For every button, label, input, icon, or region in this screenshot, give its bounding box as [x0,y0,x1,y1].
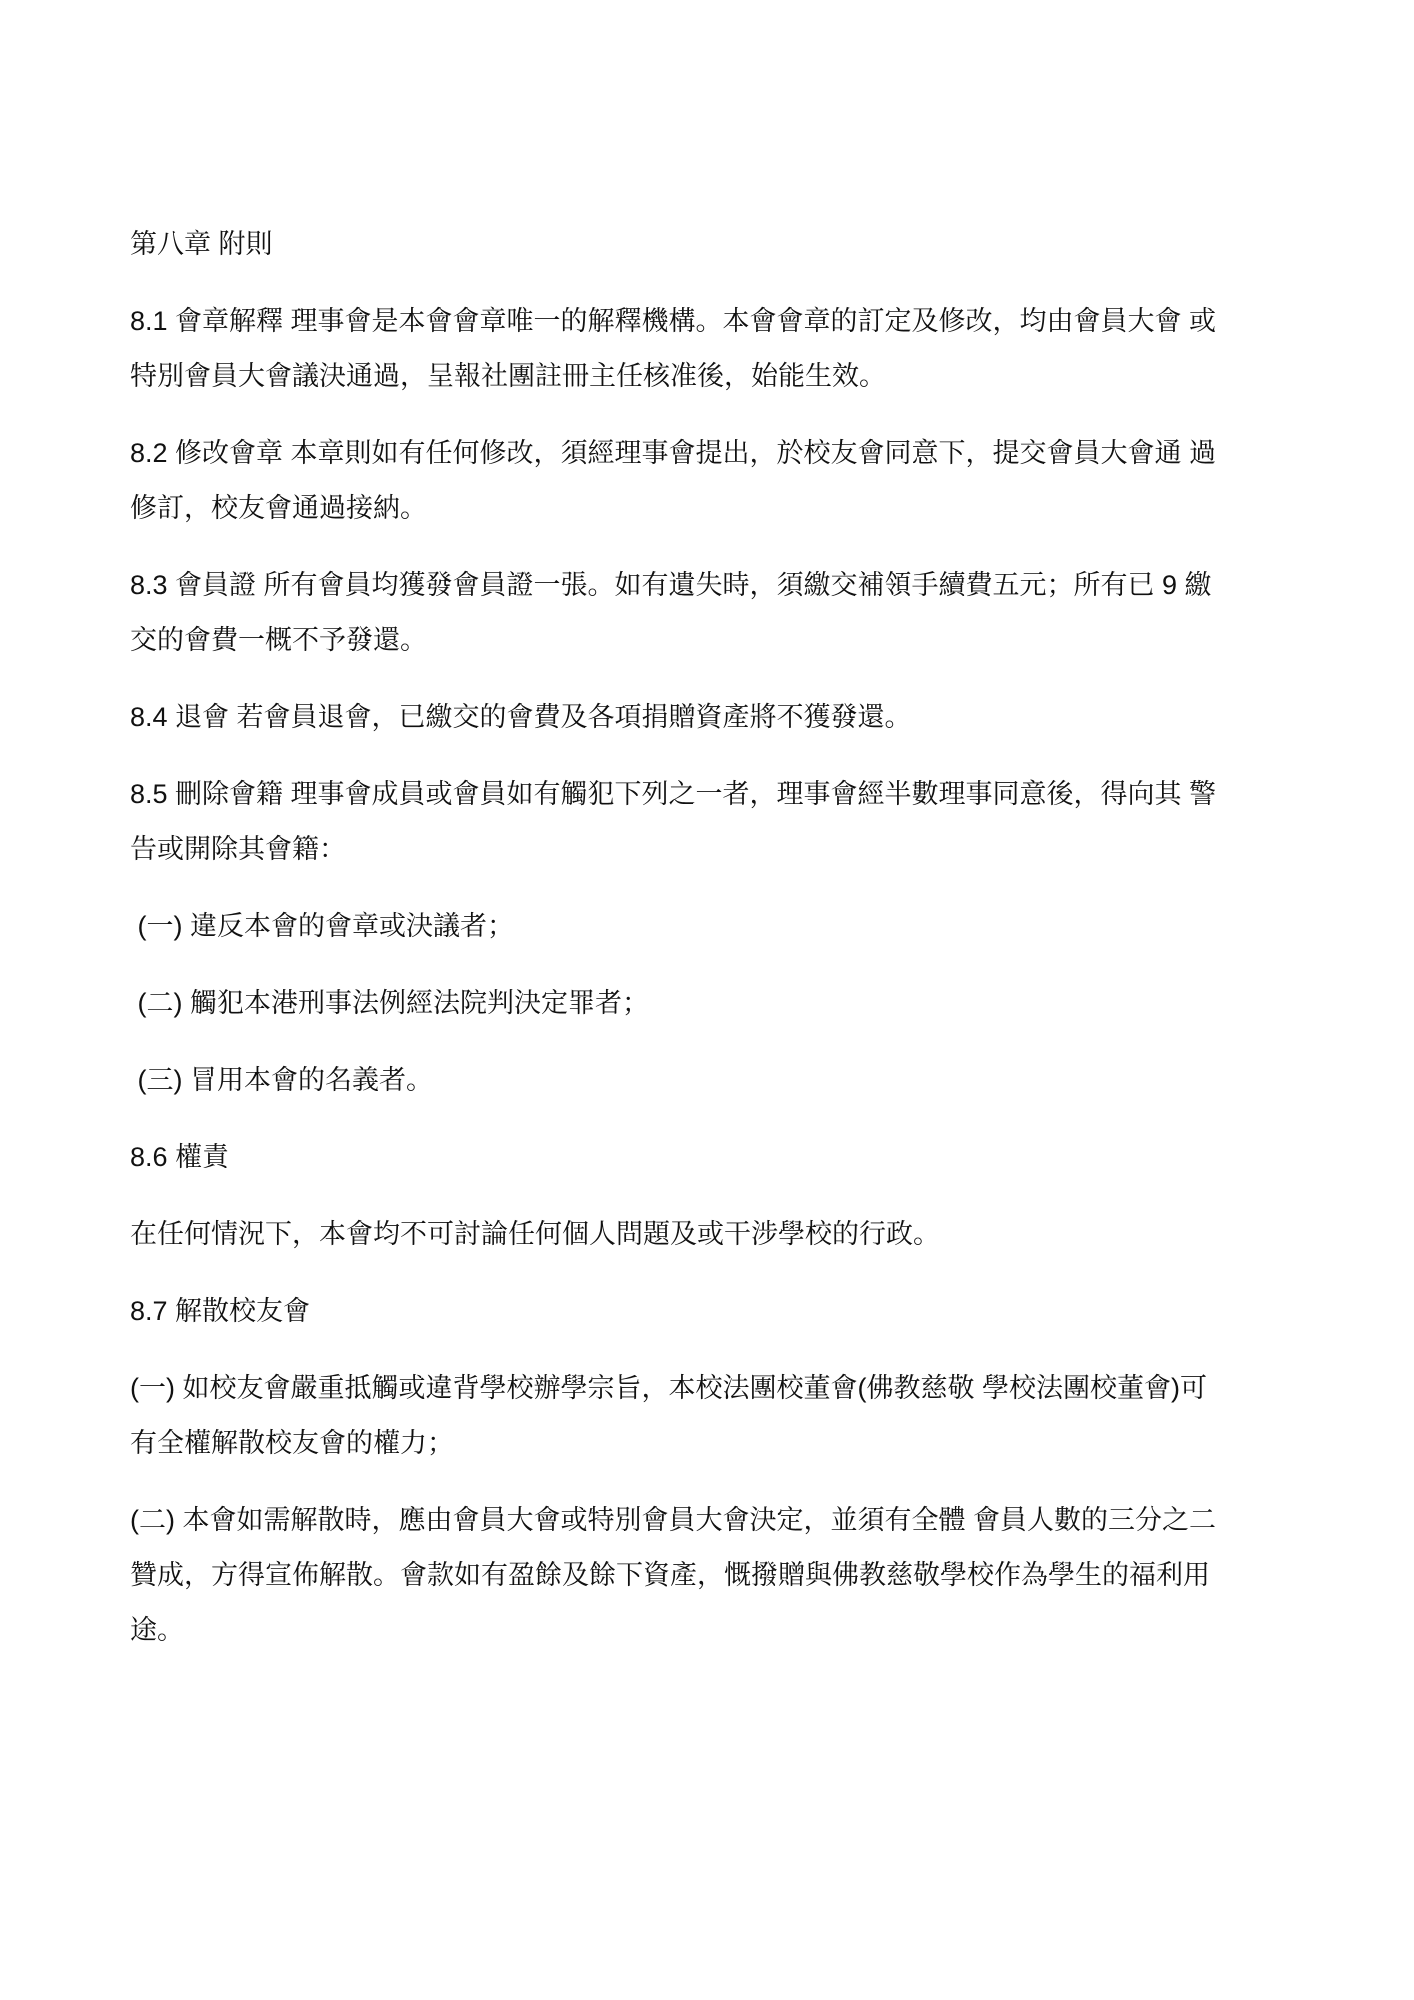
chapter-heading: 第八章 附則 [130,217,1314,272]
document-page: 第八章 附則 8.1 會章解釋 理事會是本會會章唯一的解釋機構。本會會章的訂定及… [0,0,1414,2000]
list-item-8-5-3: (三) 冒用本會的名義者。 [130,1053,1314,1108]
section-heading-8-7: 8.7 解散校友會 [130,1284,1314,1339]
list-item-8-5-2: (二) 觸犯本港刑事法例經法院判決定罪者； [130,976,1314,1031]
paragraph-8-2: 8.2 修改會章 本章則如有任何修改，須經理事會提出，於校友會同意下，提交會員大… [130,426,1314,536]
section-heading-8-6: 8.6 權責 [130,1130,1314,1185]
paragraph-8-3: 8.3 會員證 所有會員均獲發會員證一張。如有遺失時，須繳交補領手續費五元；所有… [130,558,1314,668]
paragraph-8-4: 8.4 退會 若會員退會，已繳交的會費及各項捐贈資產將不獲發還。 [130,690,1314,745]
list-item-8-7-1: (一) 如校友會嚴重抵觸或違背學校辦學宗旨，本校法團校董會(佛教慈敬 學校法團校… [130,1361,1314,1471]
list-item-8-7-2: (二) 本會如需解散時，應由會員大會或特別會員大會決定，並須有全體 會員人數的三… [130,1493,1314,1658]
paragraph-8-5: 8.5 刪除會籍 理事會成員或會員如有觸犯下列之一者，理事會經半數理事同意後，得… [130,767,1314,877]
paragraph-8-6: 在任何情況下，本會均不可討論任何個人問題及或干涉學校的行政。 [130,1207,1314,1262]
list-item-8-5-1: (一) 違反本會的會章或決議者； [130,899,1314,954]
paragraph-8-1: 8.1 會章解釋 理事會是本會會章唯一的解釋機構。本會會章的訂定及修改，均由會員… [130,294,1314,404]
